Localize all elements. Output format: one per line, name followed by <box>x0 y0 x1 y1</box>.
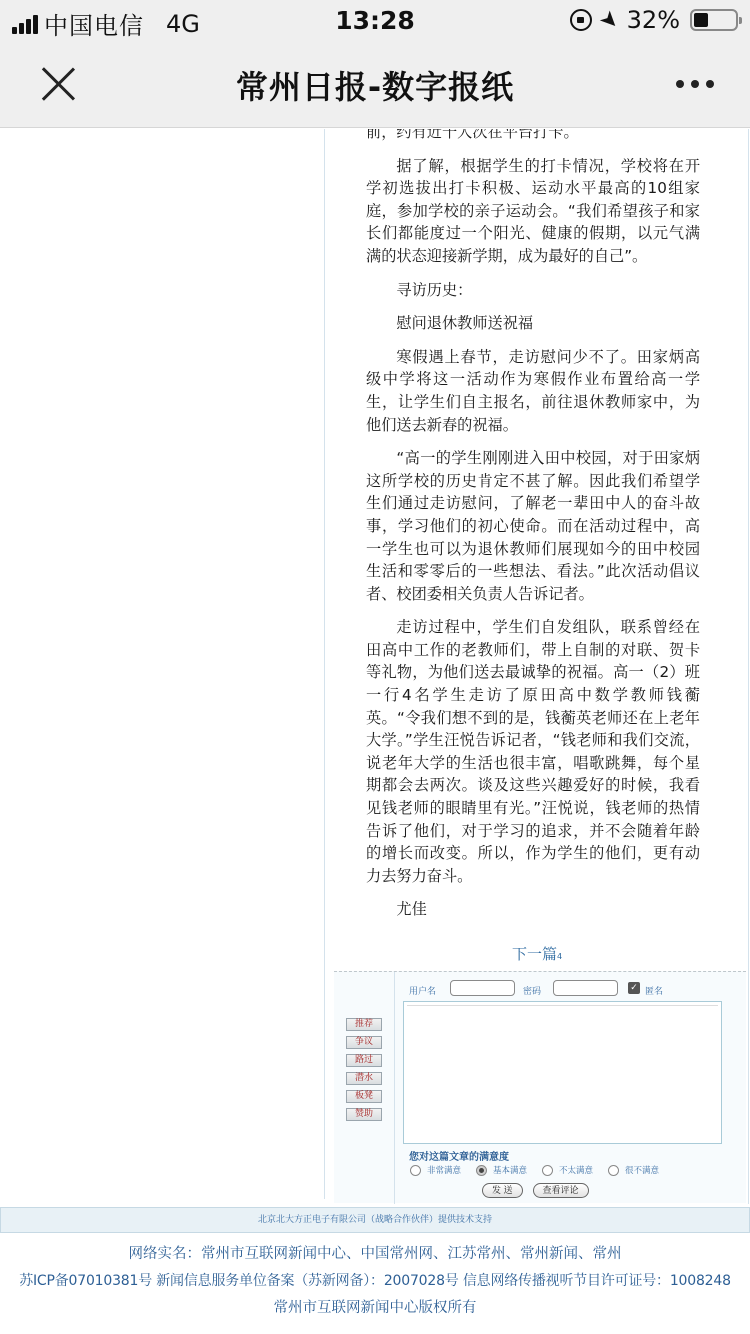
tech-support-bar: 北京北大方正电子有限公司（战略合作伙伴）提供技术支持 <box>0 1207 750 1233</box>
satisfaction-option-very[interactable]: 非常满意 <box>410 1164 461 1176</box>
option-label: 基本满意 <box>493 1164 527 1176</box>
vote-sponsor-button[interactable]: 赞助 <box>346 1108 382 1121</box>
status-bar: 中国电信 4G 13:28 ➤ 32% <box>0 0 750 42</box>
vote-recommend-button[interactable]: 推荐 <box>346 1018 382 1031</box>
article-subheading: 寻访历史： <box>366 279 700 302</box>
battery-percent: 32% <box>627 6 680 34</box>
radio-button[interactable] <box>410 1165 421 1176</box>
radio-button[interactable] <box>608 1165 619 1176</box>
footer-line-copyright: 常州市互联网新闻中心版权所有 <box>0 1295 750 1322</box>
anonymous-checkbox[interactable]: ✓ <box>628 982 640 994</box>
vote-dispute-button[interactable]: 争议 <box>346 1036 382 1049</box>
option-label: 很不满意 <box>625 1164 659 1176</box>
web-page[interactable]: 前，约有近千人次在平台打卡。 据了解，根据学生的打卡情况，学校将在开学初选拔出打… <box>0 129 750 1334</box>
article-paragraph: 据了解，根据学生的打卡情况，学校将在开学初选拔出打卡积极、运动水平最高的10组家… <box>366 155 700 268</box>
radio-button-selected[interactable] <box>476 1165 487 1176</box>
next-article-label[interactable]: 下一篇 <box>512 945 557 963</box>
article-paragraph: 走访过程中，学生们自发组队，联系曾经在田高中工作的老教师们，带上自制的对联、贺卡… <box>366 616 700 887</box>
footer-line-names: 网络实名：常州市互联网新闻中心、中国常州网、江苏常州、常州新闻、常州 <box>0 1241 750 1268</box>
left-column-blank <box>0 129 325 1199</box>
article-paragraph: 寒假遇上春节，走访慰问少不了。田家炳高级中学将这一活动作为寒假作业布置给高一学生… <box>366 346 700 436</box>
article-subheading: 慰问退休教师送祝福 <box>366 312 700 335</box>
page-title: 常州日报-数字报纸 <box>0 62 750 108</box>
login-row: 用户名 密码 ✓ 匿名 <box>334 980 746 998</box>
footer-line-license: 苏ICP备07010381号 新闻信息服务单位备案（苏新网备）：2007028号… <box>0 1268 750 1295</box>
vote-lurk-button[interactable]: 潜水 <box>346 1072 382 1085</box>
site-footer: 网络实名：常州市互联网新闻中心、中国常州网、江苏常州、常州新闻、常州 苏ICP备… <box>0 1241 750 1322</box>
location-arrow-icon: ➤ <box>594 5 625 36</box>
username-input[interactable] <box>450 980 515 996</box>
article-author: 尤佳 <box>366 898 700 921</box>
vote-buttons: 推荐 争议 路过 潜水 板凳 赞助 <box>346 1018 382 1121</box>
username-label: 用户名 <box>409 984 436 997</box>
option-label: 非常满意 <box>427 1164 461 1176</box>
password-input[interactable] <box>553 980 618 996</box>
next-article-link[interactable]: 下一篇4 <box>326 943 748 964</box>
right-border <box>748 129 749 1204</box>
rotation-lock-icon <box>570 9 592 31</box>
nav-bar: 常州日报-数字报纸 <box>0 42 750 128</box>
status-right: ➤ 32% <box>570 6 738 34</box>
article-body: 前，约有近千人次在平台打卡。 据了解，根据学生的打卡情况，学校将在开学初选拔出打… <box>366 129 700 932</box>
submit-row: 发 送 查看评论 <box>482 1183 589 1198</box>
battery-icon <box>690 9 738 31</box>
article-paragraph: 前，约有近千人次在平台打卡。 <box>366 129 700 144</box>
comment-textarea[interactable] <box>403 1001 722 1144</box>
next-article-marker: 4 <box>557 952 562 961</box>
vote-divider <box>394 972 395 1204</box>
vote-pass-button[interactable]: 路过 <box>346 1054 382 1067</box>
radio-button[interactable] <box>542 1165 553 1176</box>
comment-form: 用户名 密码 ✓ 匿名 推荐 争议 路过 潜水 板凳 赞助 您对这篇文章的满意度… <box>334 971 746 1203</box>
send-button[interactable]: 发 送 <box>482 1183 523 1198</box>
anonymous-label: 匿名 <box>645 984 663 997</box>
option-label: 不太满意 <box>559 1164 593 1176</box>
more-options-icon[interactable] <box>676 80 714 88</box>
article-paragraph: “高一的学生刚刚进入田中校园，对于田家炳这所学校的历史肯定不甚了解。因此我们希望… <box>366 447 700 605</box>
view-comments-button[interactable]: 查看评论 <box>533 1183 589 1198</box>
satisfaction-option-basic[interactable]: 基本满意 <box>476 1164 527 1176</box>
vote-bench-button[interactable]: 板凳 <box>346 1090 382 1103</box>
satisfaction-title: 您对这篇文章的满意度 <box>409 1148 509 1163</box>
satisfaction-option-not-at-all[interactable]: 很不满意 <box>608 1164 659 1176</box>
satisfaction-options: 非常满意 基本满意 不太满意 很不满意 <box>410 1164 674 1176</box>
password-label: 密码 <box>523 984 541 997</box>
satisfaction-option-not-very[interactable]: 不太满意 <box>542 1164 593 1176</box>
